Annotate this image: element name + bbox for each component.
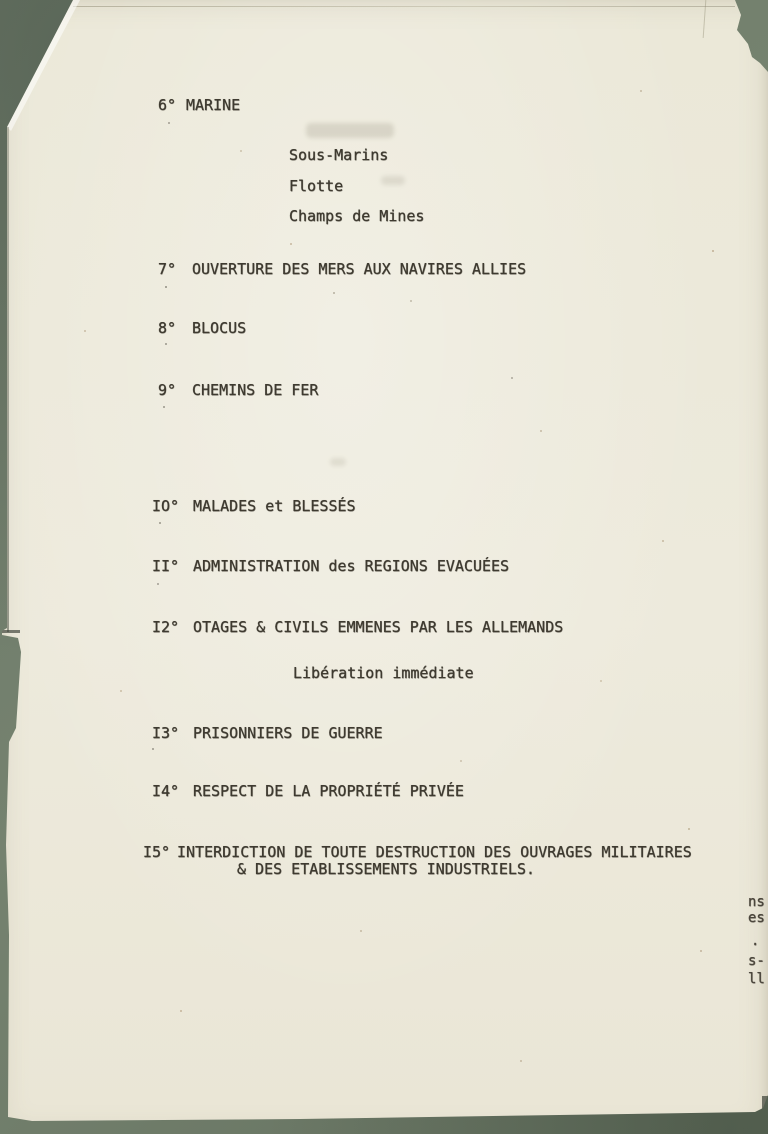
item-title: MARINE (186, 98, 240, 113)
ghost-smudge (306, 123, 394, 138)
top-crease-line (73, 6, 735, 7)
ghost-smudge (330, 458, 346, 466)
item-number: 7° (158, 262, 176, 277)
item-number: 6° (158, 98, 176, 113)
item-number: I3° (152, 726, 179, 741)
item-title: OUVERTURE DES MERS AUX NAVIRES ALLIES (192, 262, 526, 277)
left-edge-shadow (7, 127, 9, 632)
ghost-smudge (381, 176, 405, 185)
item-title-line2: & DES ETABLISSEMENTS INDUSTRIELS. (237, 862, 535, 877)
edge-text-fragment: es (748, 911, 765, 926)
sub-item: Champs de Mines (289, 209, 424, 224)
sub-item: Libération immédiate (293, 666, 474, 681)
scanned-page: 6°MARINESous-MarinsFlotteChamps de Mines… (0, 0, 768, 1134)
sub-item: Flotte (289, 179, 343, 194)
item-title: PRISONNIERS DE GUERRE (193, 726, 383, 741)
edge-text-fragment: ns (748, 895, 765, 910)
item-title: OTAGES & CIVILS EMMENES PAR LES ALLEMAND… (193, 620, 563, 635)
item-number: IO° (152, 499, 179, 514)
item-title: MALADES et BLESSÉS (193, 499, 356, 514)
item-number: I5° (143, 845, 170, 860)
item-number: II° (152, 559, 179, 574)
left-notch-shadow (0, 630, 20, 633)
paper-specks (0, 0, 2, 2)
edge-text-fragment: s- (748, 954, 765, 969)
item-title: INTERDICTION DE TOUTE DESTRUCTION DES OU… (177, 845, 692, 860)
item-number: 9° (158, 383, 176, 398)
item-number: 8° (158, 321, 176, 336)
edge-text-fragment: ll (748, 972, 765, 987)
item-number: I2° (152, 620, 179, 635)
item-title: RESPECT DE LA PROPRIÉTÉ PRIVÉE (193, 784, 464, 799)
sub-item: Sous-Marins (289, 148, 388, 163)
bottom-right-edge-sliver (762, 1096, 768, 1110)
item-title: BLOCUS (192, 321, 246, 336)
stray-ink-dots (0, 0, 2, 2)
item-title: ADMINISTRATION des REGIONS EVACUÉES (193, 559, 509, 574)
item-title: CHEMINS DE FER (192, 383, 318, 398)
edge-text-fragment: · (751, 938, 759, 953)
item-number: I4° (152, 784, 179, 799)
scanner-background: 6°MARINESous-MarinsFlotteChamps de Mines… (0, 0, 768, 1134)
